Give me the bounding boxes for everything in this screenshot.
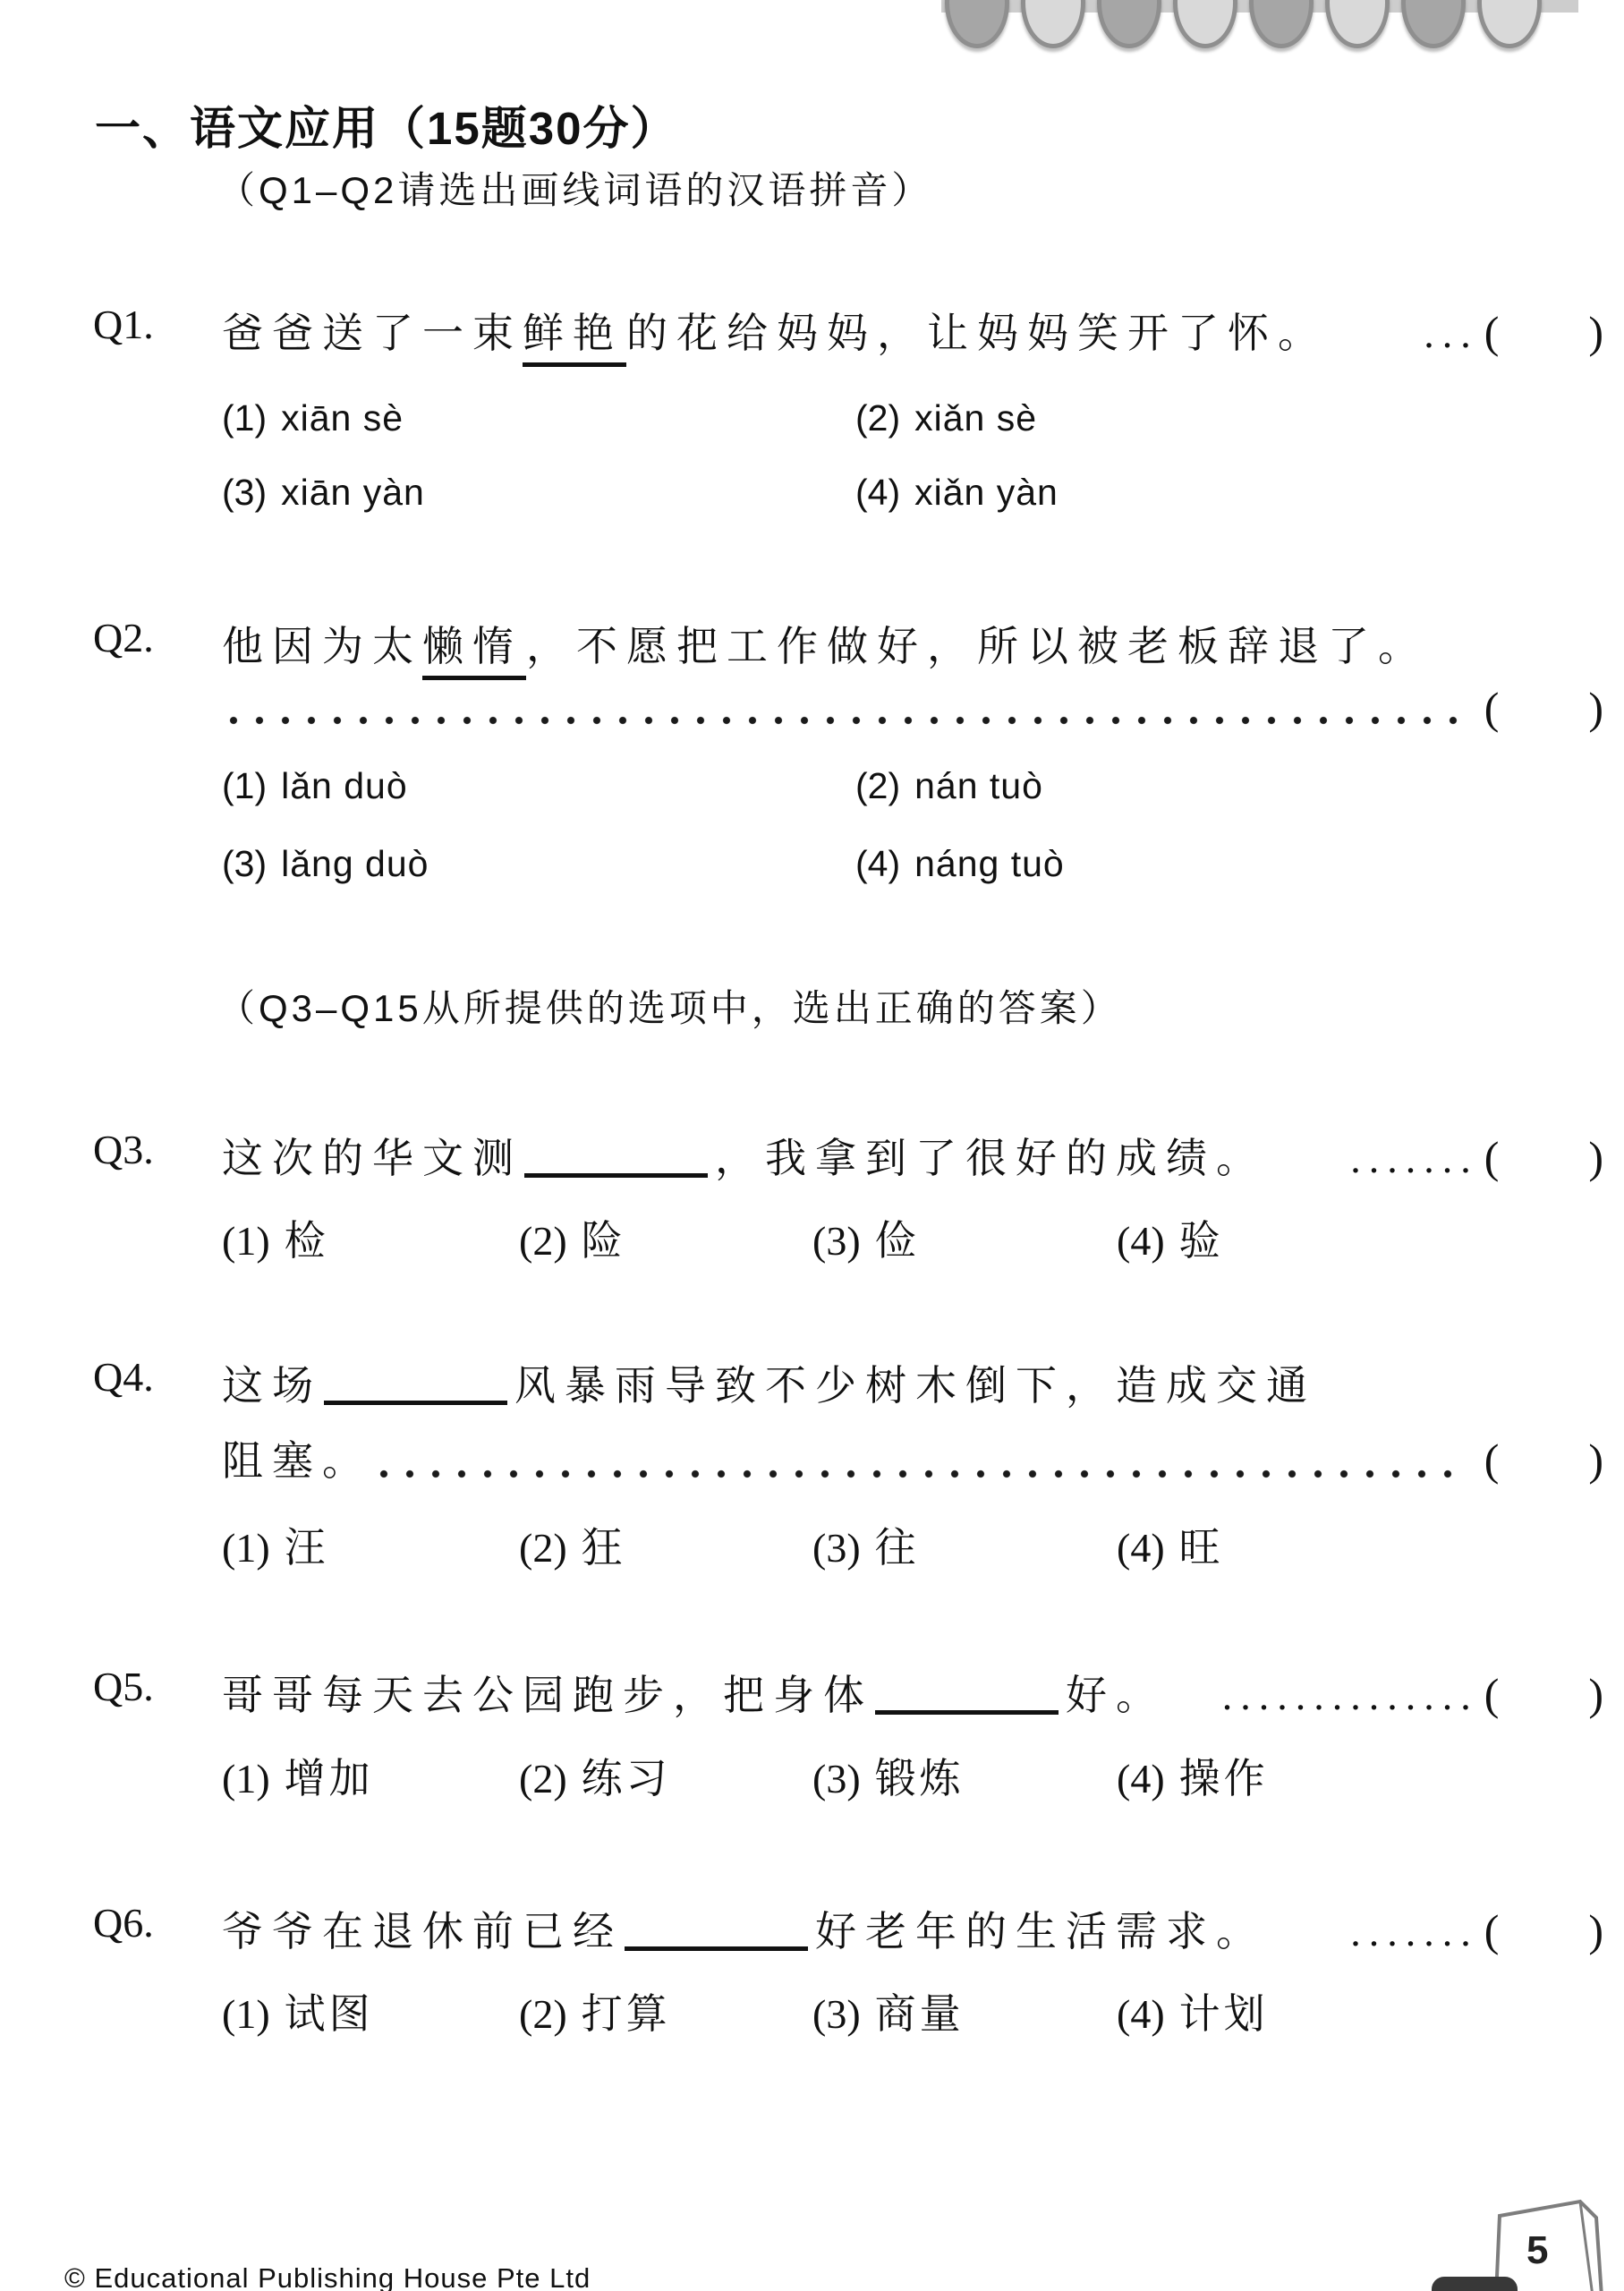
question-line: 阻塞。() [222,1428,1603,1487]
option-number: (1) [222,1525,270,1571]
question-number: Q3. [93,1126,154,1173]
question-line: 这次的华文测，我拿到了很好的成绩。.......() [222,1126,1603,1185]
dotted-leader [379,1469,1468,1478]
option-text: nán tuò [914,765,1043,806]
underlined-word: 鲜艳 [523,301,626,367]
option-text: lǎn duò [281,765,408,806]
option: (4)计划 [1117,1981,1269,2040]
leader-dots: .............. [1222,1672,1479,1719]
question-text: 爷爷在退休前已经 [222,1899,623,1958]
option: (1)xiān sè [222,397,404,439]
option-text: 险 [582,1218,626,1264]
option-number: (2) [519,1218,567,1264]
option-number: (4) [1117,1756,1165,1801]
option-text: náng tuò [914,843,1065,884]
option-number: (3) [812,1991,861,2037]
option-text: 计划 [1179,1991,1269,2037]
header-badge [945,0,1009,48]
option-number: (2) [855,765,900,806]
option-number: (4) [1117,1525,1165,1571]
question-text: ，不愿把工作做好，所以被老板辞退了。 [526,614,1428,673]
option-text: 试图 [285,1991,374,2037]
option: (4)操作 [1117,1746,1269,1805]
option-text: 检 [285,1218,329,1264]
question-line: 哥哥每天去公园跑步，把身体好。..............() [222,1663,1603,1722]
option-text: 俭 [875,1218,920,1264]
page-number: 5 [1526,2228,1548,2273]
question-text: 这次的华文测 [222,1126,523,1185]
option: (2)练习 [519,1746,671,1805]
question-text: 哥哥每天去公园跑步，把身体 [222,1663,873,1722]
question-line: () [222,682,1603,734]
worksheet-page: 一、语文应用（15题30分） （Q1–Q2请选出画线词语的汉语拼音） （Q3–Q… [0,0,1624,2291]
answer-paren: () [1484,306,1603,358]
header-badge [1173,0,1237,48]
option: (4)验 [1117,1208,1224,1267]
option: (3)往 [812,1515,920,1574]
question-text: 风暴雨导致不少树木倒下，造成交通 [514,1353,1316,1412]
question-number: Q6. [93,1899,154,1946]
option-number: (1) [222,1756,270,1801]
option: (1)lǎn duò [222,765,408,807]
answer-paren: () [1484,682,1603,734]
option-text: 打算 [582,1991,671,2037]
header-badge [1401,0,1466,48]
question-line: 这场风暴雨导致不少树木倒下，造成交通 [222,1353,1603,1412]
option: (3)锻炼 [812,1746,965,1805]
option: (2)xiǎn sè [855,397,1037,439]
question-text: 好老年的生活需求。 [815,1899,1266,1958]
instruction-q1-q2: （Q1–Q2请选出画线词语的汉语拼音） [217,161,932,215]
option-number: (2) [519,1756,567,1801]
option-number: (1) [222,765,267,806]
option-text: 验 [1179,1218,1224,1264]
option: (2)nán tuò [855,765,1043,807]
option: (3)商量 [812,1981,965,2040]
option-text: lǎng duò [281,843,429,884]
answer-paren: () [1484,1668,1603,1720]
option: (1)试图 [222,1981,374,2040]
header-badge [1325,0,1390,48]
answer-paren: () [1484,1904,1603,1956]
underlined-word: 懒惰 [422,614,526,680]
option: (4)xiǎn yàn [855,472,1059,514]
option: (3)俭 [812,1208,920,1267]
option: (1)检 [222,1208,329,1267]
section-title: 一、语文应用（15题30分） [95,91,677,158]
option: (1)汪 [222,1515,329,1574]
option-number: (4) [855,843,900,884]
option-number: (3) [812,1756,861,1801]
question-text: 爸爸送了一束 [222,301,523,360]
question-text: ，我拿到了很好的成绩。 [715,1126,1266,1185]
option-number: (1) [222,1218,270,1264]
answer-paren: () [1484,1131,1603,1183]
question-text: 他因为太 [222,614,422,673]
option-text: xiān yàn [281,472,425,513]
header-badge [1097,0,1161,48]
option-text: 往 [875,1525,920,1571]
option-number: (4) [855,472,900,513]
option: (2)险 [519,1208,626,1267]
option: (4)náng tuò [855,843,1065,885]
leader-dots: ....... [1350,1908,1479,1955]
option-text: 锻炼 [875,1756,965,1801]
fill-in-blank [875,1706,1059,1715]
question-number: Q2. [93,614,154,661]
decorative-graphic-fragment [1432,2277,1518,2291]
dotted-leader [229,716,1468,725]
question-text: 的花给妈妈，让妈妈笑开了怀。 [626,301,1328,360]
option-text: xiǎn sè [914,397,1037,439]
option-number: (2) [519,1525,567,1571]
question-text: 这场 [222,1353,322,1412]
question-number: Q1. [93,301,154,348]
leader-dots: ....... [1350,1135,1479,1182]
question-number: Q5. [93,1663,154,1710]
option-text: 商量 [875,1991,965,2037]
option: (4)旺 [1117,1515,1224,1574]
option-text: 增加 [285,1756,374,1801]
question-text: 阻塞。 [222,1428,372,1487]
header-badge [1021,0,1085,48]
answer-paren: () [1484,1434,1603,1486]
option-number: (3) [222,472,267,513]
header-badges [945,0,1542,48]
option: (1)增加 [222,1746,374,1805]
option: (3)xiān yàn [222,472,425,514]
option-text: 汪 [285,1525,329,1571]
option-number: (1) [222,1991,270,2037]
option-number: (2) [519,1991,567,2037]
option-number: (2) [855,397,900,439]
leader-dots: ... [1424,310,1479,357]
option-text: xiān sè [281,397,404,439]
option-text: xiǎn yàn [914,472,1059,513]
option-number: (4) [1117,1218,1165,1264]
option: (3)lǎng duò [222,843,429,885]
header-badge [1477,0,1542,48]
option-number: (3) [222,843,267,884]
question-text: 好。 [1066,1663,1166,1722]
fill-in-blank [324,1396,507,1405]
option-text: 练习 [582,1756,671,1801]
question-line: 他因为太懒惰，不愿把工作做好，所以被老板辞退了。 [222,614,1603,680]
copyright: © Educational Publishing House Pte Ltd [64,2262,591,2291]
option-number: (4) [1117,1991,1165,2037]
option: (2)打算 [519,1981,671,2040]
option-text: 操作 [1179,1756,1269,1801]
fill-in-blank [625,1942,808,1951]
fill-in-blank [524,1169,708,1178]
instruction-q3-q15: （Q3–Q15从所提供的选项中，选出正确的答案） [217,979,1122,1033]
option: (2)狂 [519,1515,626,1574]
option-number: (3) [812,1525,861,1571]
question-number: Q4. [93,1353,154,1401]
option-number: (3) [812,1218,861,1264]
question-line: 爸爸送了一束鲜艳的花给妈妈，让妈妈笑开了怀。...() [222,301,1603,367]
header-badge [1249,0,1314,48]
option-text: 狂 [582,1525,626,1571]
option-number: (1) [222,397,267,439]
option-text: 旺 [1179,1525,1224,1571]
question-line: 爷爷在退休前已经好老年的生活需求。.......() [222,1899,1603,1958]
